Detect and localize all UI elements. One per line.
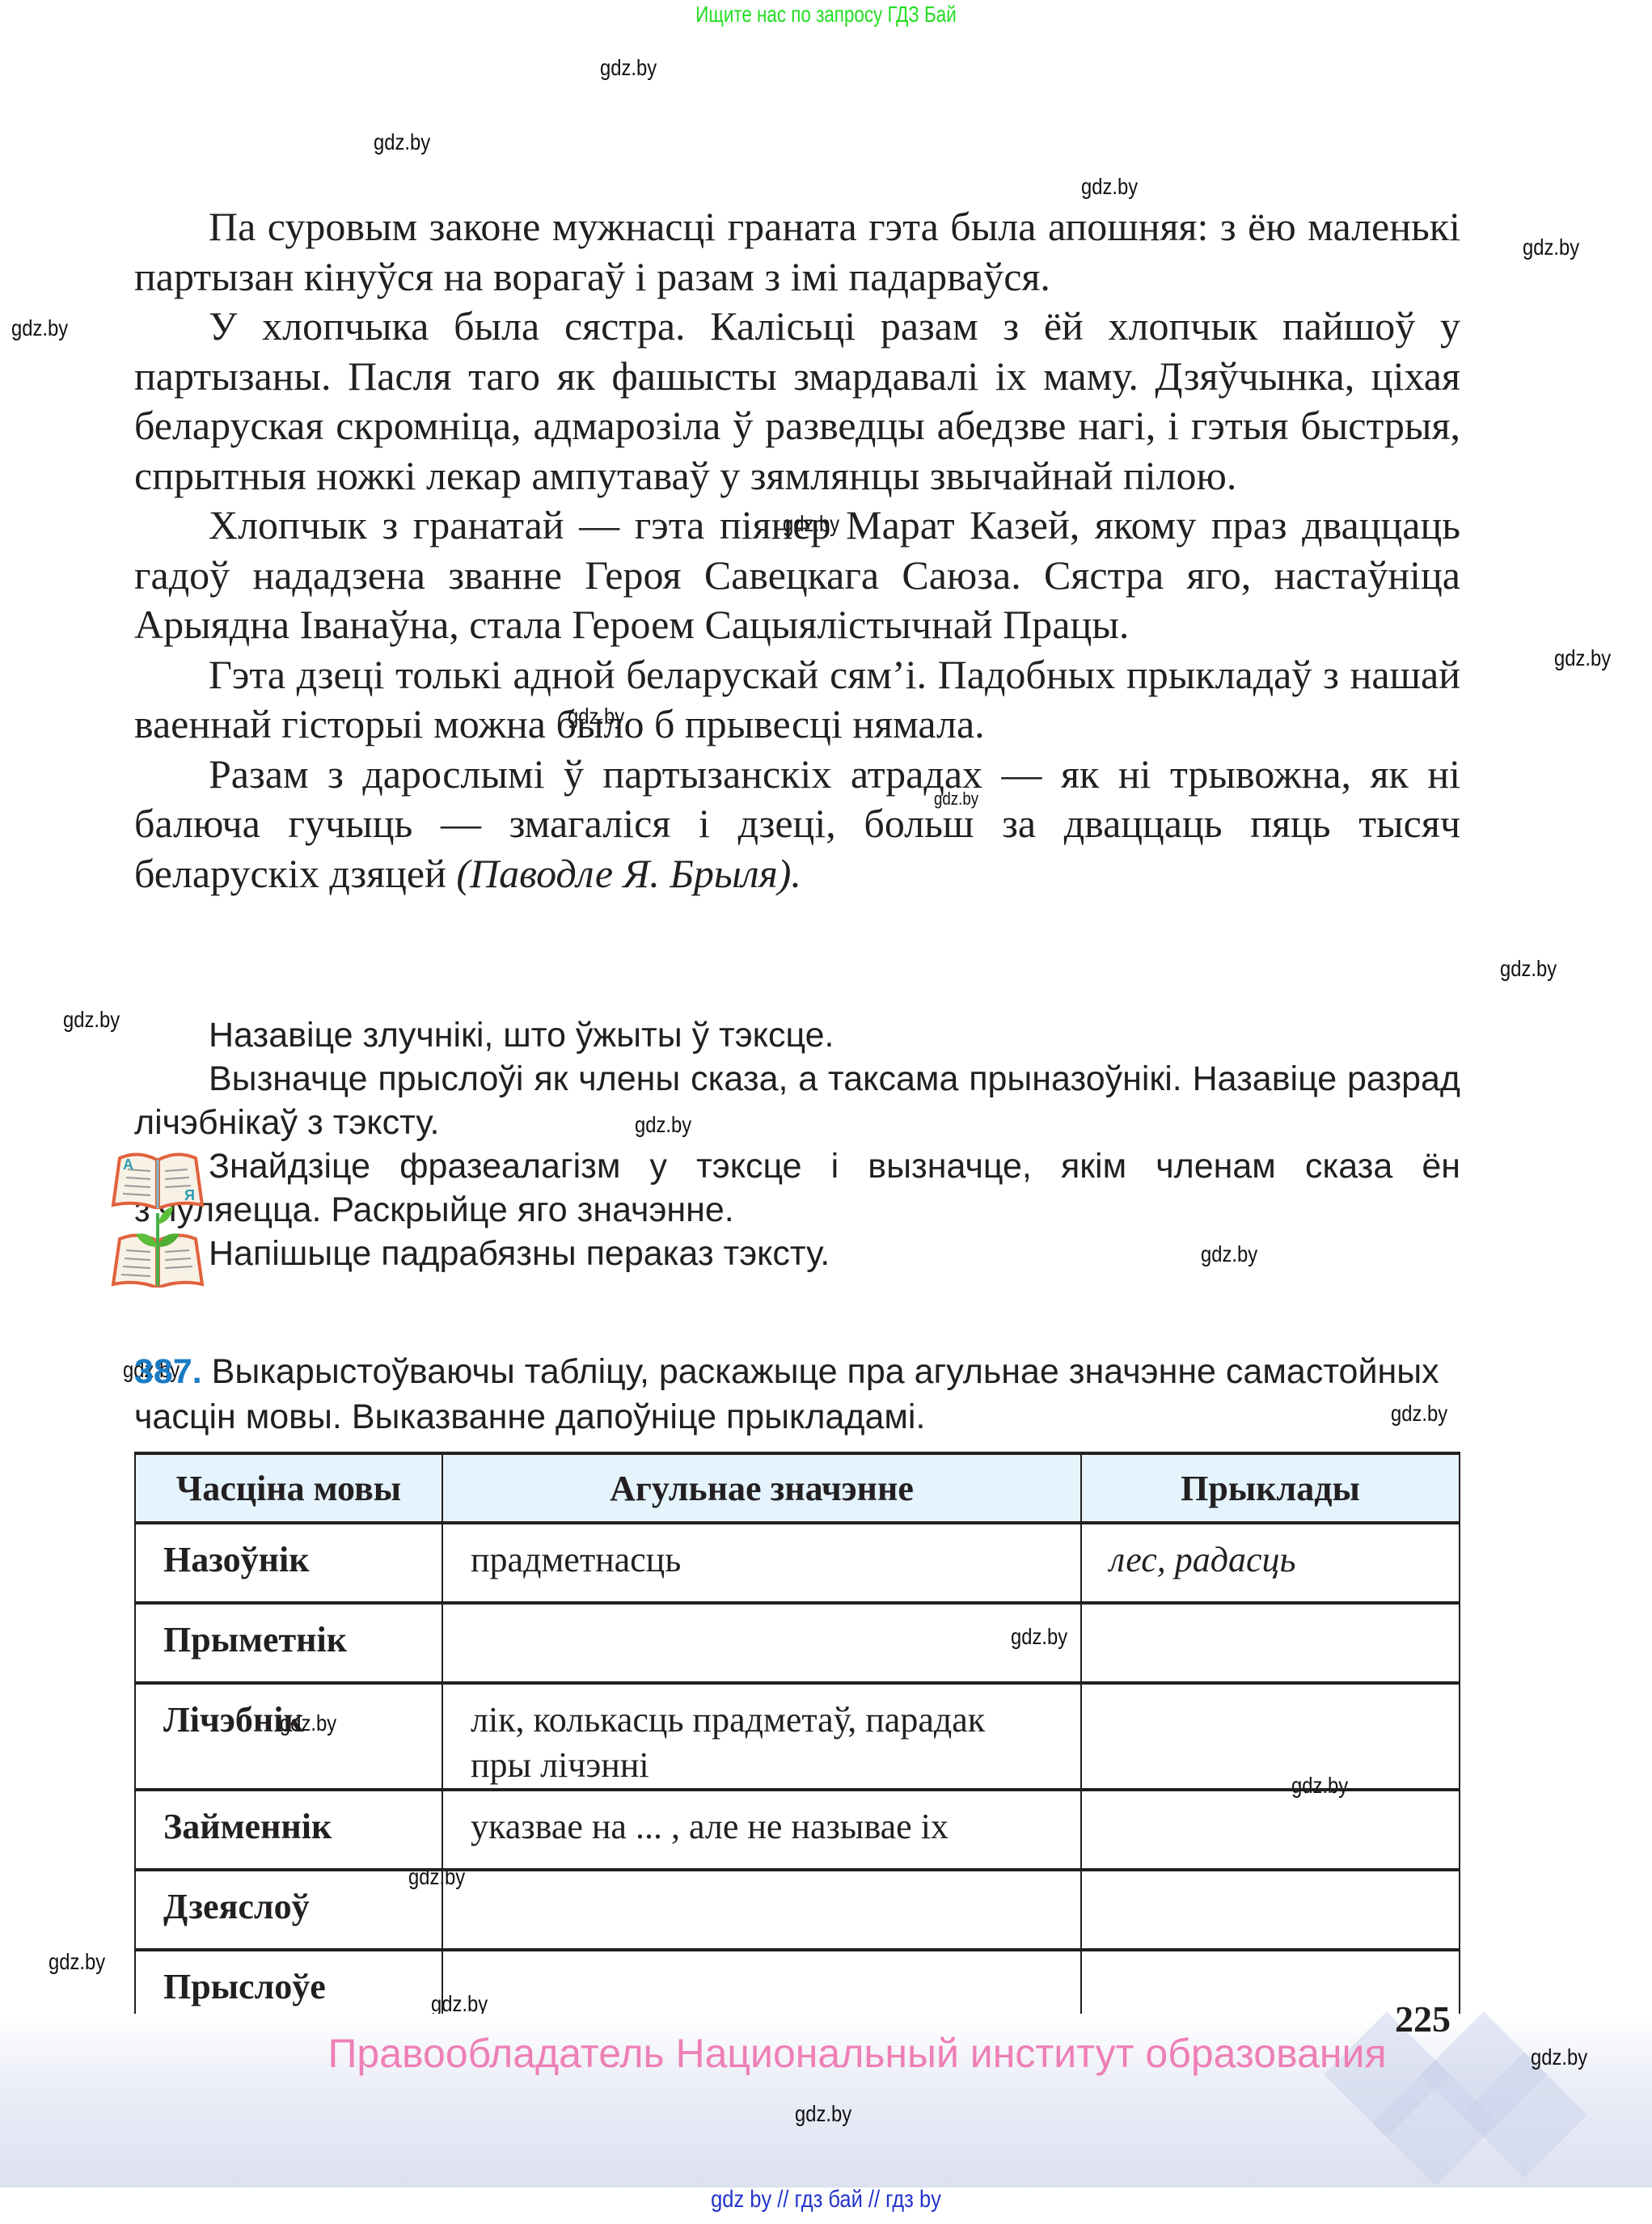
watermark: gdz.by (600, 55, 657, 81)
task-item: Назавіце злучнікі, што ўжыты ў тэксце. (134, 1013, 1460, 1057)
cell-meaning: лік, колькасць прадметаў, парадак пры лі… (442, 1683, 1081, 1790)
table-header-row: Часціна мовы Агульнае значэнне Прыклады (135, 1453, 1460, 1523)
header-general-meaning: Агульнае значэнне (442, 1453, 1081, 1523)
svg-text:Я: Я (184, 1187, 195, 1203)
cell-meaning (442, 1603, 1081, 1683)
cell-part: Дзеяслоў (135, 1870, 442, 1950)
task-item: Знайдзіце фразеалагізм у тэксце і вызнач… (134, 1144, 1460, 1232)
watermark: gdz.by (11, 315, 68, 341)
cell-examples (1081, 1603, 1460, 1683)
watermark: gdz.by (63, 1007, 120, 1033)
table-row: Назоўнік прадметнасць лес, радасць (135, 1523, 1460, 1603)
search-banner: Ищите нас по запросу ГДЗ Бай (165, 2, 1486, 27)
watermark: gdz.by (1531, 2044, 1587, 2070)
cell-examples (1081, 1790, 1460, 1870)
cell-part: Займеннік (135, 1790, 442, 1870)
svg-text:A: A (123, 1156, 133, 1173)
story-source: (Паводле Я. Брыля). (456, 851, 801, 896)
dictionary-book-icon: A Я (110, 1148, 205, 1209)
table-row: Займеннік указвае на ... , але не называ… (135, 1790, 1460, 1870)
cell-meaning: указвае на ... , але не называе іх (442, 1790, 1081, 1870)
exercise-number: 387. (134, 1352, 202, 1391)
cell-examples (1081, 1683, 1460, 1790)
cell-meaning (442, 1870, 1081, 1950)
story-text: Па суровым законе мужнасці граната гэта … (134, 202, 1460, 898)
site-links[interactable]: gdz by // гдз бай // гдз by (124, 2186, 1528, 2213)
cell-part: Прыметнік (135, 1603, 442, 1683)
header-examples: Прыклады (1081, 1453, 1460, 1523)
cell-part: Назоўнік (135, 1523, 442, 1603)
cell-part: Лічэбнік (135, 1683, 442, 1790)
cell-meaning: прадметнасць (442, 1523, 1081, 1603)
watermark: gdz.by (49, 1949, 105, 1975)
copyright-notice: Правообладатель Национальный институт об… (0, 2030, 1652, 2077)
cell-examples (1081, 1870, 1460, 1950)
parts-of-speech-table: Часціна мовы Агульнае значэнне Прыклады … (134, 1452, 1460, 2032)
watermark: gdz.by (1523, 235, 1579, 260)
story-paragraph: Разам з дарослымі ў партызанскіх атрадах… (134, 750, 1460, 899)
story-paragraph: Хлопчык з гранатай — гэта піянер Марат К… (134, 501, 1460, 650)
cell-examples: лес, радасць (1081, 1523, 1460, 1603)
story-paragraph: Па суровым законе мужнасці граната гэта … (134, 202, 1460, 302)
exercise-387: 387. Выкарыстоўваючы табліцу, раскажыце … (134, 1349, 1460, 1440)
table-row: Прыметнік (135, 1603, 1460, 1683)
table-row: Дзеяслоў (135, 1870, 1460, 1950)
story-paragraph: У хлопчыка была сястра. Калісьці разам з… (134, 302, 1460, 501)
watermark: gdz.by (1500, 956, 1557, 982)
header-part-of-speech: Часціна мовы (135, 1453, 442, 1523)
watermark: gdz.by (374, 129, 430, 155)
growing-book-icon (110, 1207, 205, 1287)
exercise-text: Выкарыстоўваючы табліцу, раскажыце пра а… (134, 1352, 1439, 1436)
task-list: Назавіце злучнікі, што ўжыты ў тэксце. В… (134, 1013, 1460, 1275)
watermark: gdz.by (1554, 645, 1611, 671)
watermark: gdz.by (795, 2101, 851, 2127)
story-paragraph: Гэта дзеці толькі адной беларускай сям’і… (134, 650, 1460, 750)
watermark: gdz.by (1081, 174, 1138, 200)
task-item: Напішыце падрабязны пераказ тэксту. (134, 1232, 1460, 1275)
table-row: Лічэбнік лік, колькасць прадметаў, парад… (135, 1683, 1460, 1790)
task-item: Вызначце прыслоўі як члены сказа, а такс… (134, 1057, 1460, 1144)
